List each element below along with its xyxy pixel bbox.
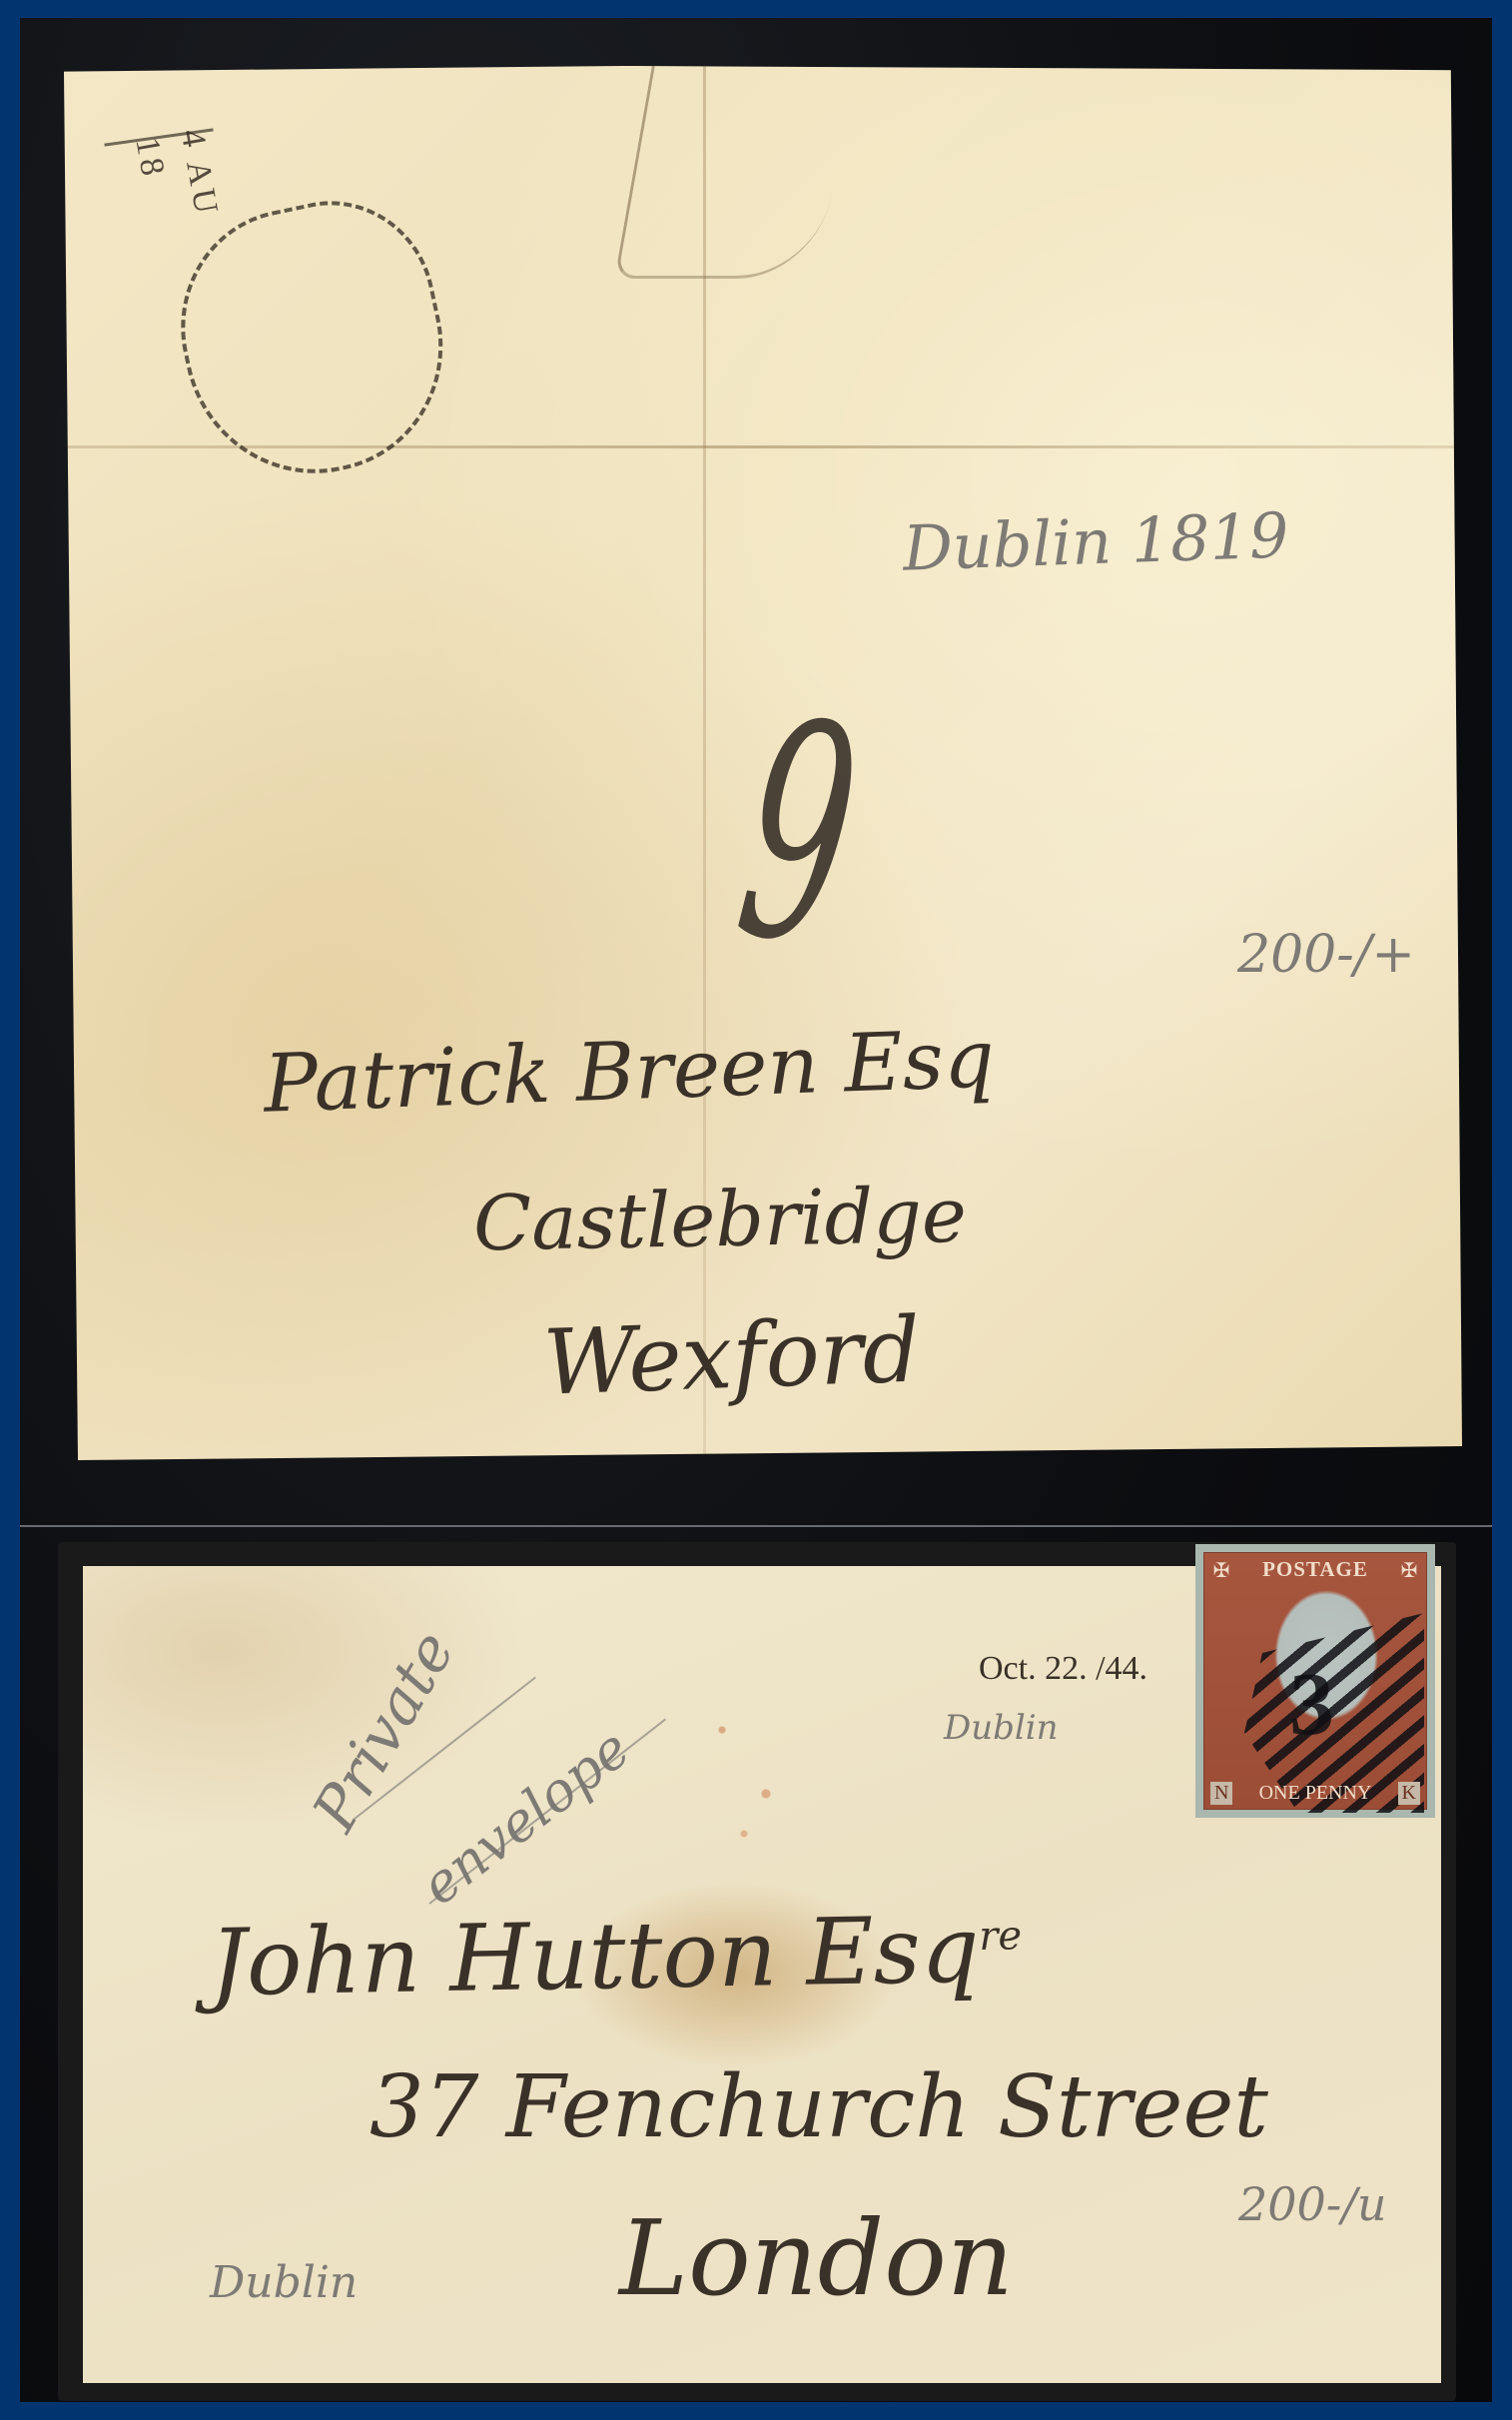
postmark-text: 4 AU 18: [123, 126, 229, 229]
album-divider: [20, 1525, 1492, 1527]
date-note: Oct. 22. /44.: [979, 1650, 1147, 1688]
cancel-numeral: 3: [1289, 1653, 1334, 1756]
check-letter-right: K: [1398, 1782, 1420, 1805]
pencil-note-dublin-1819: Dublin 1819: [902, 498, 1290, 584]
address-line-2: Castlebridge: [472, 1171, 967, 1268]
red-ink-specks: [689, 1698, 799, 1858]
postmark: [159, 182, 466, 497]
price-note: 200-/+: [1237, 925, 1415, 985]
stamp-postage-label: POSTAGE: [1204, 1557, 1426, 1582]
address-line-1: Patrick Breen Esq: [263, 1012, 997, 1130]
addressee-suffix: re: [979, 1913, 1023, 1960]
env-address-line-3: London: [619, 2197, 1014, 2319]
origin-note: Dublin: [944, 1708, 1059, 1748]
env-price-note: 200-/u: [1238, 2177, 1386, 2231]
address-line-3: Wexford: [541, 1297, 922, 1415]
rate-mark: 9: [726, 679, 872, 991]
penny-red: ✠ ✠ POSTAGE 3 N ONE PENNY K: [1203, 1552, 1427, 1810]
folded-letter: 4 AU 18 Dublin 1819 9 200-/+ Patrick Bre…: [64, 66, 1462, 1460]
stamp-value-row: N ONE PENNY K: [1204, 1782, 1426, 1805]
env-address-line-2: 37 Fenchurch Street: [370, 2057, 1268, 2157]
env-origin-note-bottom: Dublin: [210, 2257, 358, 2308]
check-letter-left: N: [1210, 1782, 1232, 1805]
postage-stamp: ✠ ✠ POSTAGE 3 N ONE PENNY K: [1195, 1544, 1435, 1818]
seal-tear: [614, 66, 855, 279]
stamp-value-label: ONE PENNY: [1255, 1782, 1376, 1805]
env-address-line-1: John Hutton Esqre: [209, 1896, 1023, 2017]
addressee-name: John Hutton Esq: [209, 1897, 980, 2017]
